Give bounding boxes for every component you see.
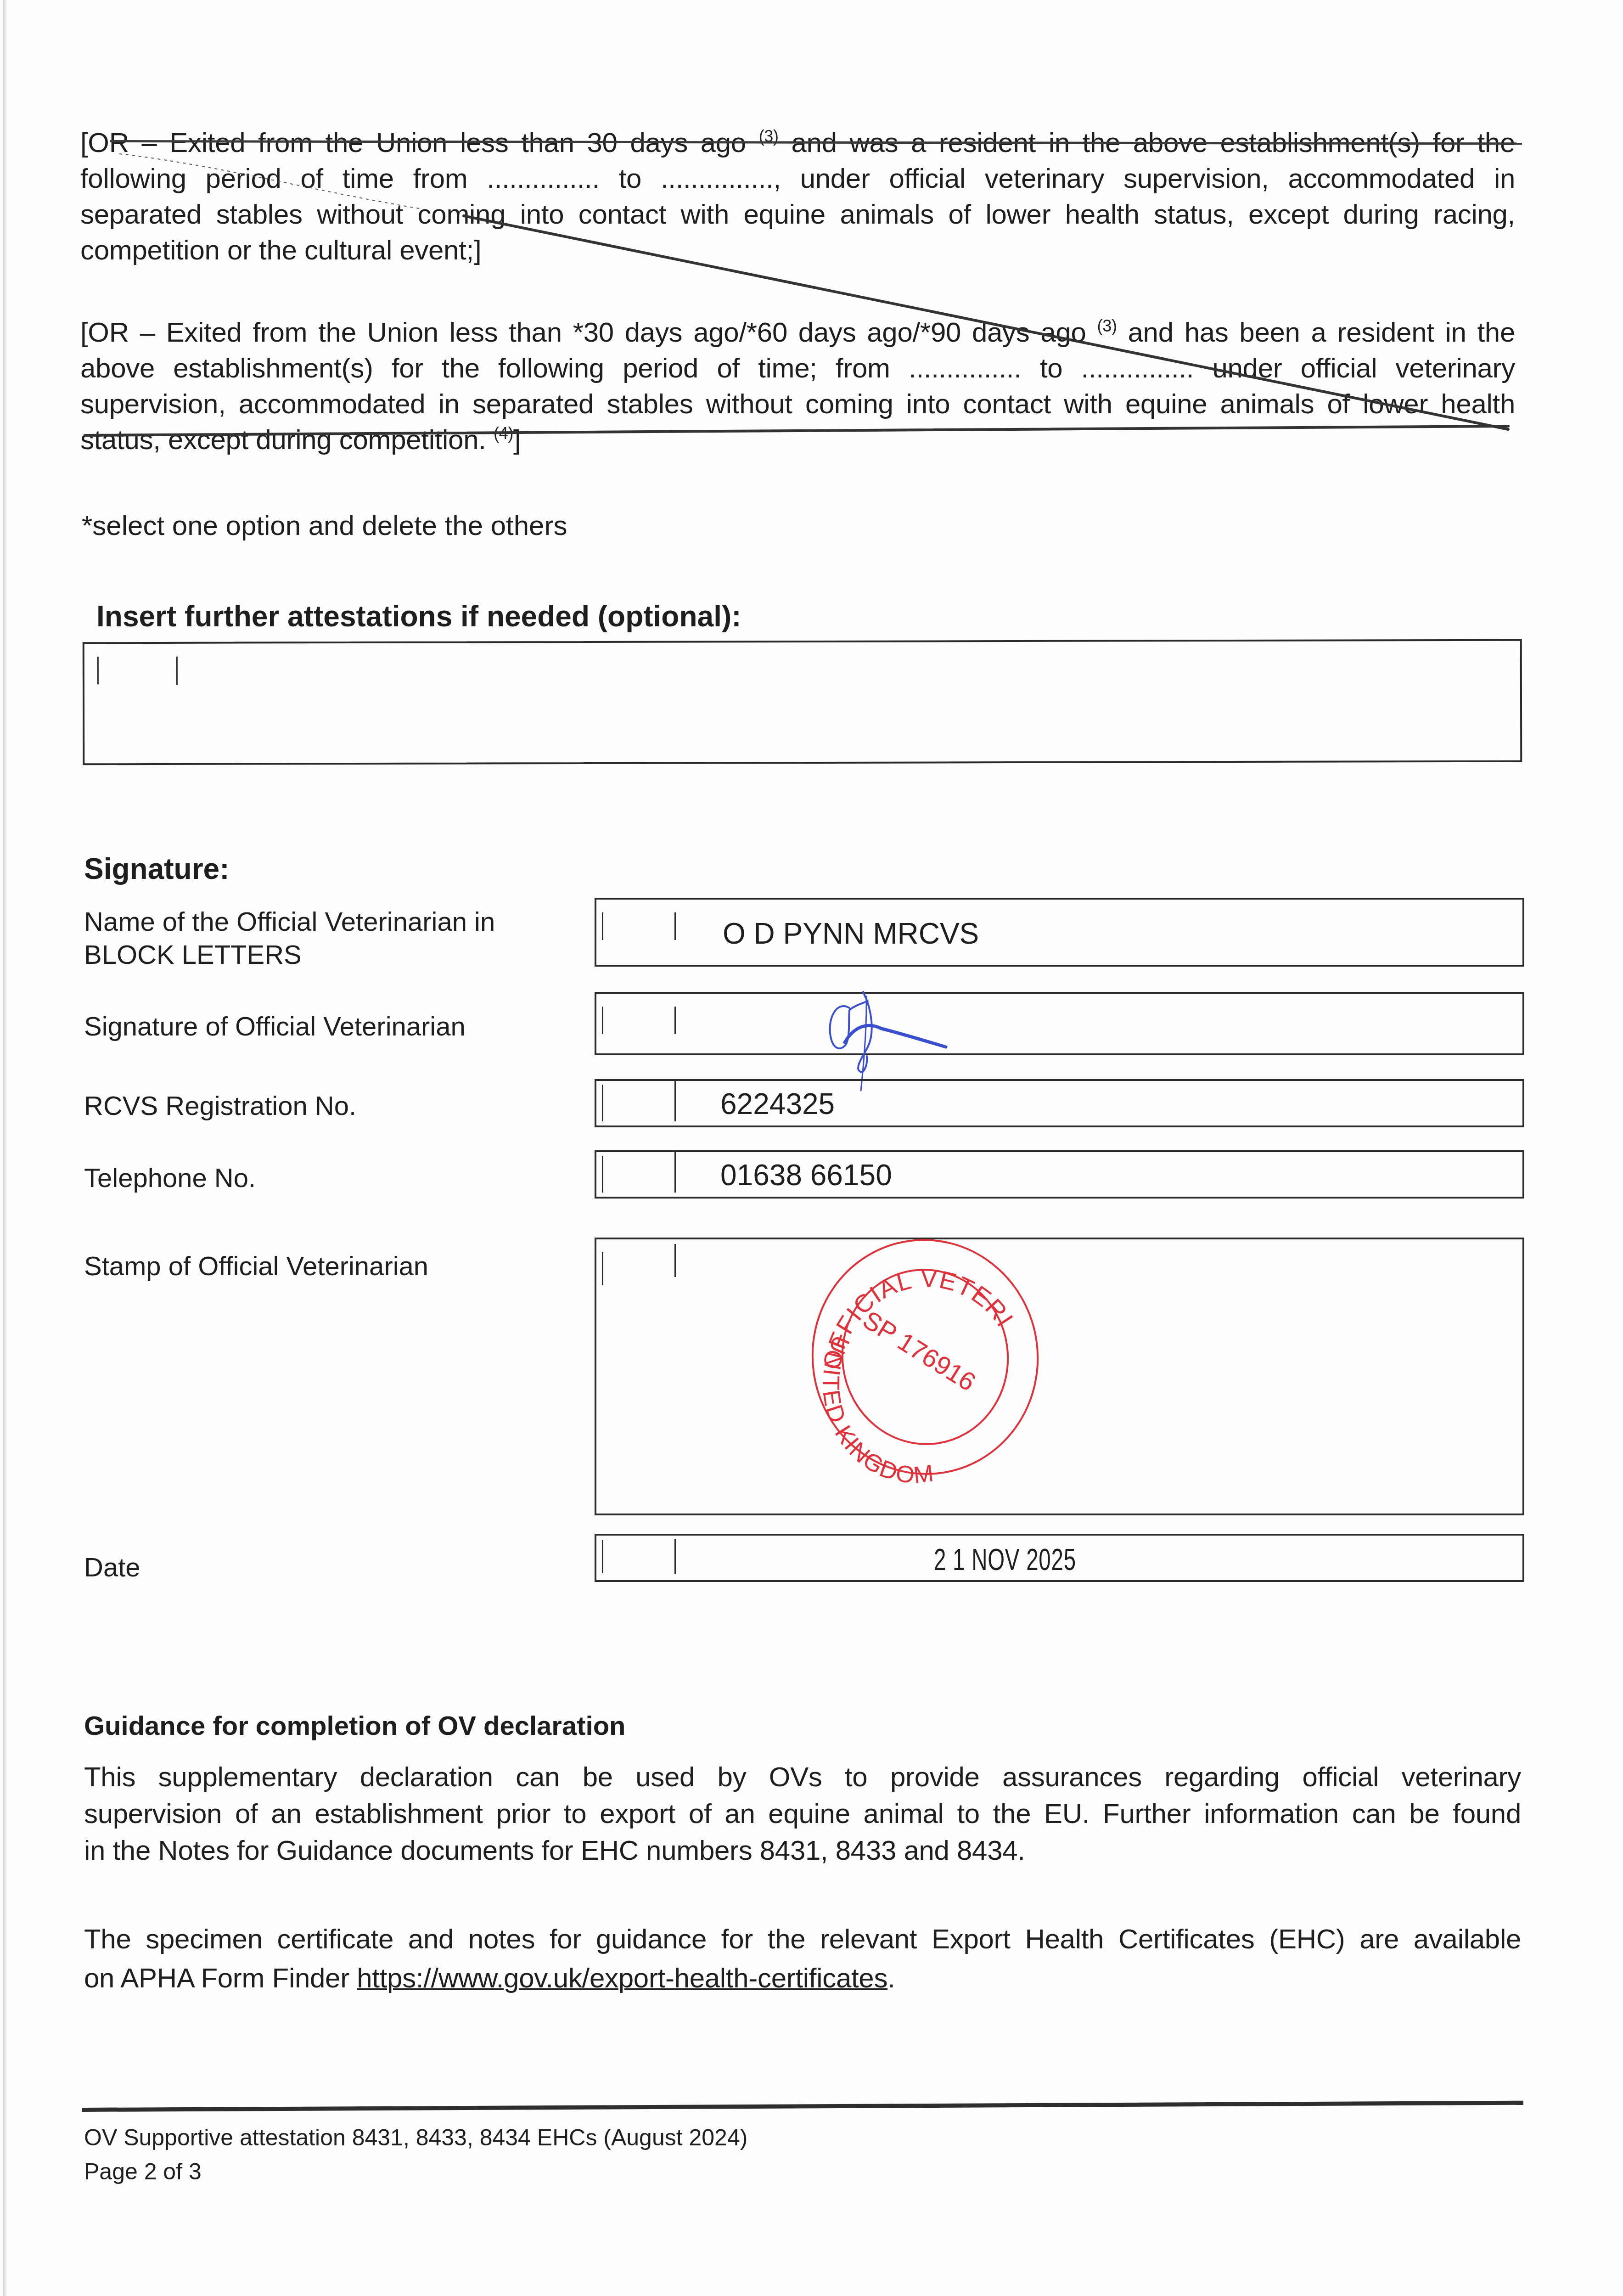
guidance-line: This supplementary declaration can be us…: [84, 1759, 1521, 1795]
name-value: O D PYNN MRCVS: [723, 919, 979, 948]
name-label: Name of the Official Veterinarian in BLO…: [84, 906, 495, 972]
field-marker-right: [674, 1152, 676, 1193]
svg-text:SP 176916: SP 176916: [858, 1305, 981, 1397]
official-veterinarian-stamp: OFFICIAL VETERINARIAN UNITED KINGDOM SP …: [792, 1219, 1058, 1486]
signature-label: Signature of Official Veterinarian: [84, 1010, 466, 1043]
footer-rule: [82, 2101, 1523, 2112]
select-note: *select one option and delete the others: [82, 510, 567, 541]
signature-heading: Signature:: [84, 852, 229, 886]
rcvs-field[interactable]: 6224325: [595, 1079, 1524, 1127]
guidance-line: The specimen certificate and notes for g…: [84, 1919, 1521, 1958]
field-marker-right: [674, 1539, 676, 1574]
guidance-paragraph-1: This supplementary declaration can be us…: [84, 1759, 1521, 1869]
footer-page-number: Page 2 of 3: [84, 2155, 202, 2189]
telephone-field[interactable]: 01638 66150: [595, 1150, 1524, 1199]
diagonal-cross-out: [464, 216, 1508, 429]
further-attestations-heading: Insert further attestations if needed (o…: [96, 599, 741, 633]
stamp-label: Stamp of Official Veterinarian: [84, 1250, 428, 1283]
rcvs-label: RCVS Registration No.: [84, 1090, 356, 1123]
guidance-line: supervision of an establishment prior to…: [84, 1795, 1521, 1832]
field-marker-right: [674, 1007, 676, 1034]
field-marker-left: [602, 912, 603, 940]
field-marker-left: [602, 1540, 603, 1573]
field-marker-left: [602, 1085, 603, 1121]
field-marker-left: [602, 1007, 603, 1034]
date-value: 2 1 NOV 2025: [934, 1545, 1076, 1574]
field-marker-right: [176, 657, 178, 685]
date-field[interactable]: 2 1 NOV 2025: [595, 1534, 1524, 1582]
further-attestations-field[interactable]: [83, 639, 1522, 765]
footer-doc-title: OV Supportive attestation 8431, 8433, 84…: [84, 2121, 747, 2155]
telephone-label: Telephone No.: [84, 1162, 256, 1195]
export-health-certificates-link[interactable]: https://www.gov.uk/export-health-certifi…: [357, 1963, 887, 1993]
guidance-line: on APHA Form Finder https://www.gov.uk/e…: [84, 1958, 1521, 1998]
signature-field[interactable]: [595, 992, 1524, 1055]
telephone-value: 01638 66150: [720, 1160, 892, 1190]
rcvs-value: 6224325: [720, 1089, 835, 1119]
field-marker-right: [674, 1244, 676, 1277]
name-field[interactable]: O D PYNN MRCVS: [595, 898, 1524, 967]
guidance-line: in the Notes for Guidance documents for …: [84, 1832, 1521, 1869]
cross-out-lines: [0, 0, 1623, 505]
field-marker-left: [602, 1252, 603, 1285]
field-marker-right: [674, 1081, 676, 1121]
field-marker-left: [97, 657, 99, 684]
guidance-heading: Guidance for completion of OV declaratio…: [84, 1711, 625, 1741]
guidance-paragraph-2: The specimen certificate and notes for g…: [84, 1919, 1521, 1998]
stamp-field[interactable]: [595, 1238, 1524, 1515]
field-marker-left: [602, 1156, 603, 1193]
bottom-cross-out: [85, 426, 1508, 435]
date-label: Date: [84, 1551, 140, 1584]
field-marker-right: [674, 912, 676, 940]
